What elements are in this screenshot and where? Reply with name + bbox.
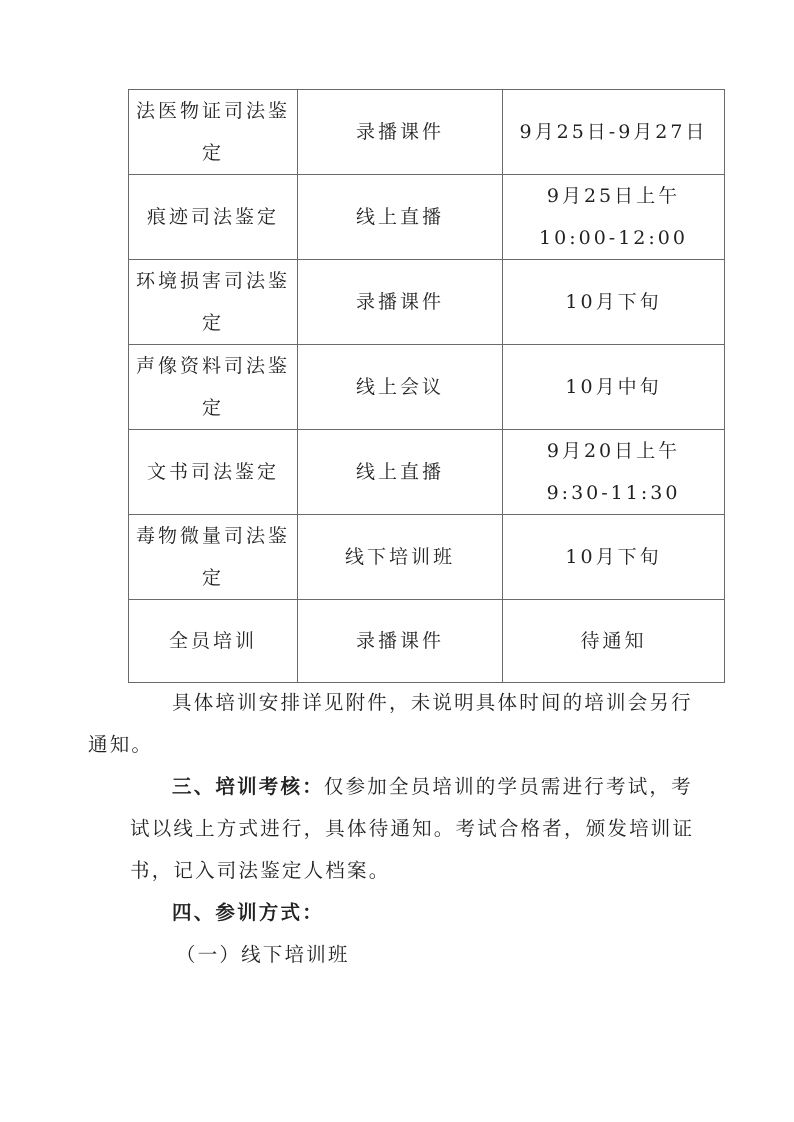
time-cell: 10月中旬 [503,345,725,430]
mode-cell: 线下培训班 [298,515,503,600]
category-cell: 全员培训 [129,600,298,683]
time-cell: 待通知 [503,600,725,683]
note-line-1: 具体培训安排详见附件，未说明具体时间的培训会另行 [172,691,693,714]
category-cell: 毒物微量司法鉴定 [129,515,298,600]
mode-cell: 录播课件 [298,600,503,683]
mode-cell: 线上会议 [298,345,503,430]
time-cell: 10月下旬 [503,515,725,600]
time-cell: 9月25日-9月27日 [503,90,725,175]
time-cell: 10月下旬 [503,260,725,345]
category-cell: 文书司法鉴定 [129,430,298,515]
subsection-1-heading: （一）线下培训班 [176,934,776,976]
section3-heading: 三、培训考核： [172,775,324,798]
table-row: 全员培训 录播课件 待通知 [129,600,725,683]
time-line: 10月中旬 [503,366,724,408]
table-row: 环境损害司法鉴定 录播课件 10月下旬 [129,260,725,345]
table-row: 毒物微量司法鉴定 线下培训班 10月下旬 [129,515,725,600]
table-row: 法医物证司法鉴定 录播课件 9月25日-9月27日 [129,90,725,175]
time-cell: 9月20日上午9:30-11:30 [503,430,725,515]
time-line: 9:30-11:30 [503,472,724,514]
time-line: 10月下旬 [503,281,724,323]
category-cell: 环境损害司法鉴定 [129,260,298,345]
time-line: 9月25日-9月27日 [503,111,724,153]
section3-line-1: 仅参加全员培训的学员需进行考试，考 [324,775,693,798]
training-schedule-table: 法医物证司法鉴定 录播课件 9月25日-9月27日 痕迹司法鉴定 线上直播 9月… [128,89,725,683]
time-line: 9月20日上午 [503,430,724,472]
category-cell: 声像资料司法鉴定 [129,345,298,430]
time-line: 9月25日上午 [503,175,724,217]
section3-paragraph: 三、培训考核：仅参加全员培训的学员需进行考试，考 试以线上方式进行，具体待通知。… [130,766,730,892]
section3-line-3: 书，记入司法鉴定人档案。 [130,850,730,892]
mode-cell: 线上直播 [298,175,503,260]
section4-heading: 四、参训方式： [130,892,730,934]
time-cell: 9月25日上午10:00-12:00 [503,175,725,260]
mode-cell: 线上直播 [298,430,503,515]
table-row: 痕迹司法鉴定 线上直播 9月25日上午10:00-12:00 [129,175,725,260]
note-line-2: 通知。 [88,733,153,756]
time-line: 10月下旬 [503,536,724,578]
mode-cell: 录播课件 [298,260,503,345]
table-row: 文书司法鉴定 线上直播 9月20日上午9:30-11:30 [129,430,725,515]
note-paragraph: 具体培训安排详见附件，未说明具体时间的培训会另行 通知。 [130,682,730,766]
table-row: 声像资料司法鉴定 线上会议 10月中旬 [129,345,725,430]
category-cell: 痕迹司法鉴定 [129,175,298,260]
time-line: 待通知 [503,620,724,662]
section3-line-2: 试以线上方式进行，具体待通知。考试合格者，颁发培训证 [130,808,730,850]
mode-cell: 录播课件 [298,90,503,175]
category-cell: 法医物证司法鉴定 [129,90,298,175]
time-line: 10:00-12:00 [503,217,724,259]
